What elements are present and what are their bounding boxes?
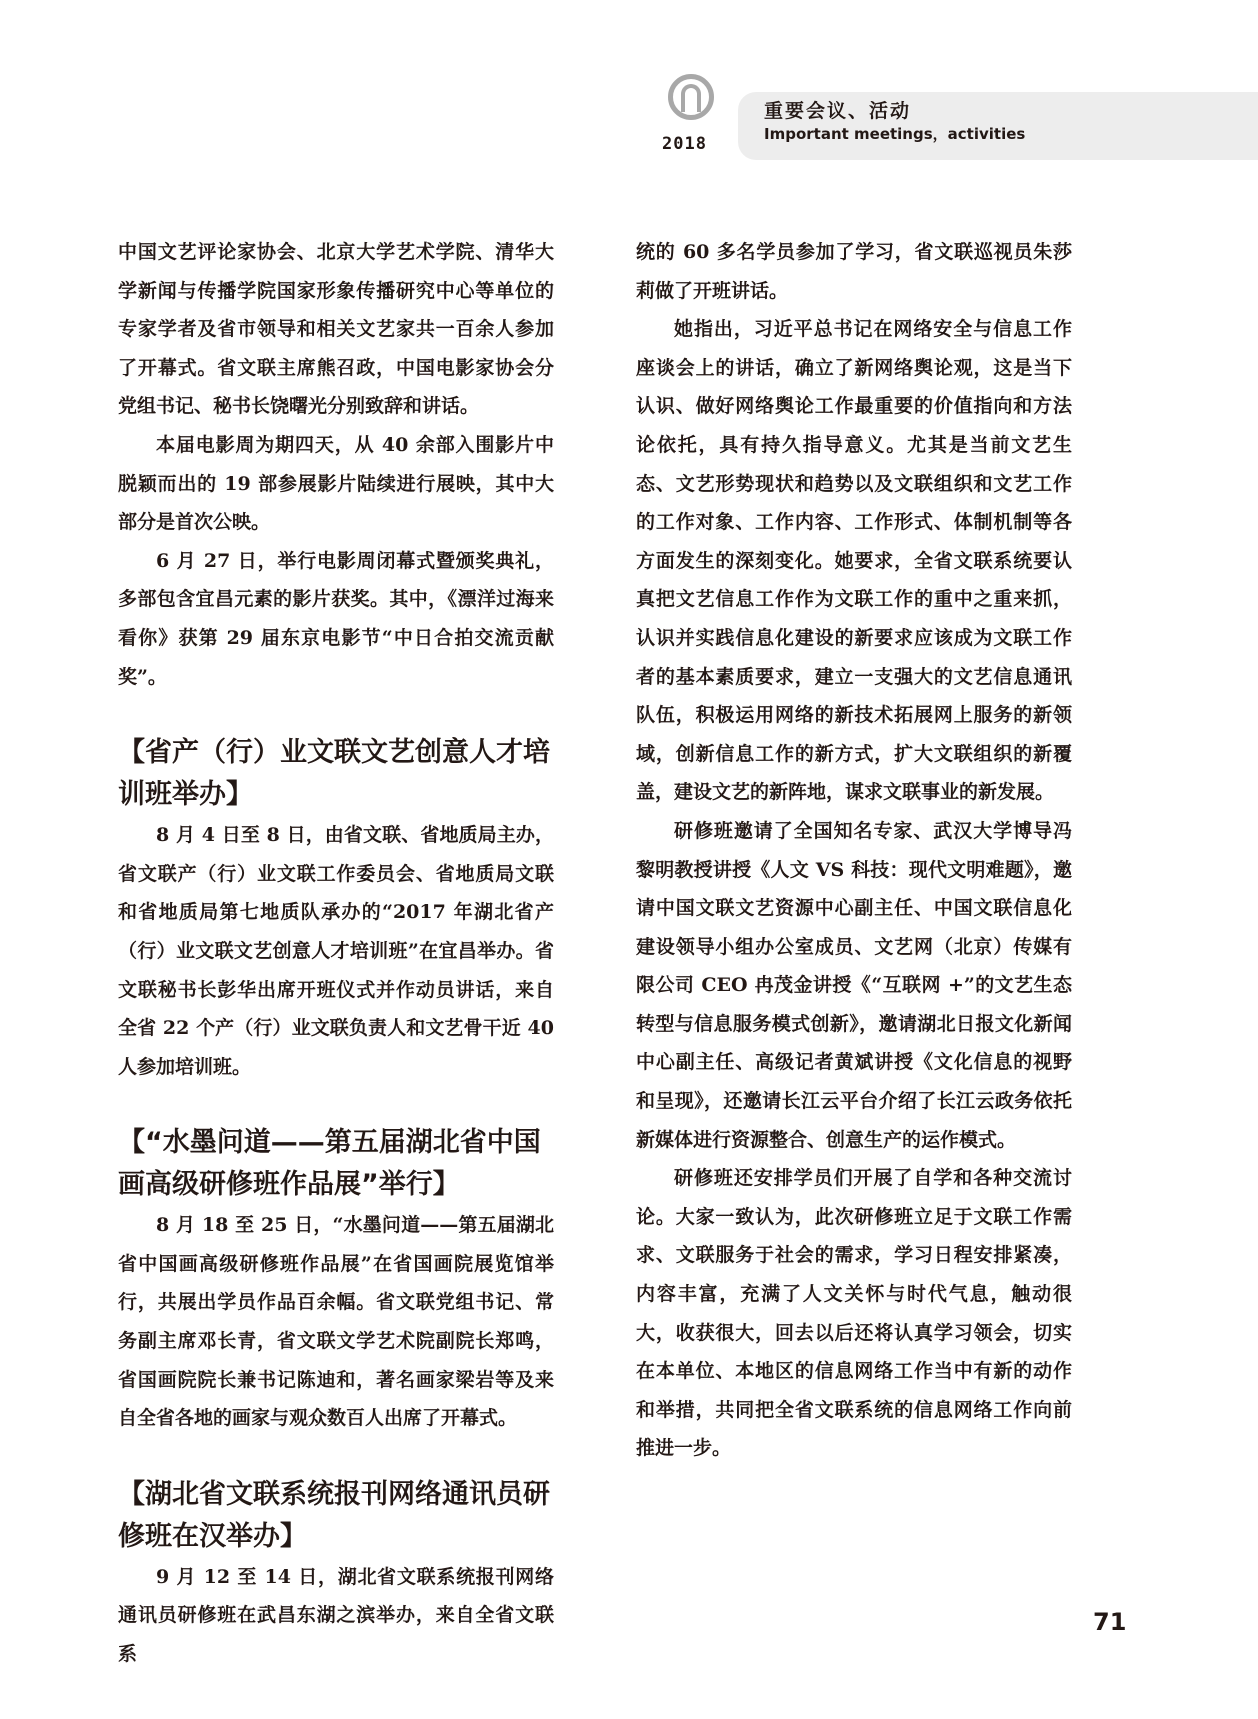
spacer: [118, 1438, 554, 1474]
right-column: 统的 60 多名学员参加了学习，省文联巡视员朱莎莉做了开班讲话。 她指出，习近平…: [636, 233, 1072, 1468]
section-heading: 【湖北省文联系统报刊网络通讯员研修班在汉举办】: [118, 1474, 554, 1558]
paragraph: 统的 60 多名学员参加了学习，省文联巡视员朱莎莉做了开班讲话。: [636, 233, 1072, 310]
page-number: 71: [1093, 1608, 1126, 1636]
paragraph: 9 月 12 至 14 日，湖北省文联系统报刊网络通讯员研修班在武昌东湖之滨举办…: [118, 1558, 554, 1674]
section-heading: 【省产（行）业文联文艺创意人才培训班举办】: [118, 732, 554, 816]
section-title-cn: 重要会议、活动: [764, 96, 911, 123]
paragraph: 研修班邀请了全国知名专家、武汉大学博导冯黎明教授讲授《人文 VS 科技：现代文明…: [636, 812, 1072, 1159]
spacer: [118, 696, 554, 732]
logo-icon: 2018: [660, 70, 724, 160]
paragraph: 她指出，习近平总书记在网络安全与信息工作座谈会上的讲话，确立了新网络舆论观，这是…: [636, 310, 1072, 812]
paragraph: 本届电影周为期四天，从 40 余部入围影片中脱颖而出的 19 部参展影片陆续进行…: [118, 426, 554, 542]
logo-emblem: [681, 84, 701, 112]
paragraph: 8 月 18 至 25 日，“水墨问道——第五届湖北省中国画高级研修班作品展”在…: [118, 1206, 554, 1438]
spacer: [118, 1086, 554, 1122]
paragraph: 中国文艺评论家协会、北京大学艺术学院、清华大学新闻与传播学院国家形象传播研究中心…: [118, 233, 554, 426]
paragraph: 研修班还安排学员们开展了自学和各种交流讨论。大家一致认为，此次研修班立足于文联工…: [636, 1159, 1072, 1468]
logo-year: 2018: [662, 134, 707, 154]
section-heading: 【“水墨问道——第五届湖北省中国画高级研修班作品展”举行】: [118, 1122, 554, 1206]
left-column: 中国文艺评论家协会、北京大学艺术学院、清华大学新闻与传播学院国家形象传播研究中心…: [118, 233, 554, 1674]
paragraph: 6 月 27 日，举行电影周闭幕式暨颁奖典礼，多部包含宜昌元素的影片获奖。其中，…: [118, 542, 554, 696]
page-header: 2018 重要会议、活动 Important meetings，activiti…: [660, 70, 1258, 170]
section-title-en: Important meetings，activities: [764, 123, 1025, 144]
paragraph: 8 月 4 日至 8 日，由省文联、省地质局主办，省文联产（行）业文联工作委员会…: [118, 816, 554, 1086]
